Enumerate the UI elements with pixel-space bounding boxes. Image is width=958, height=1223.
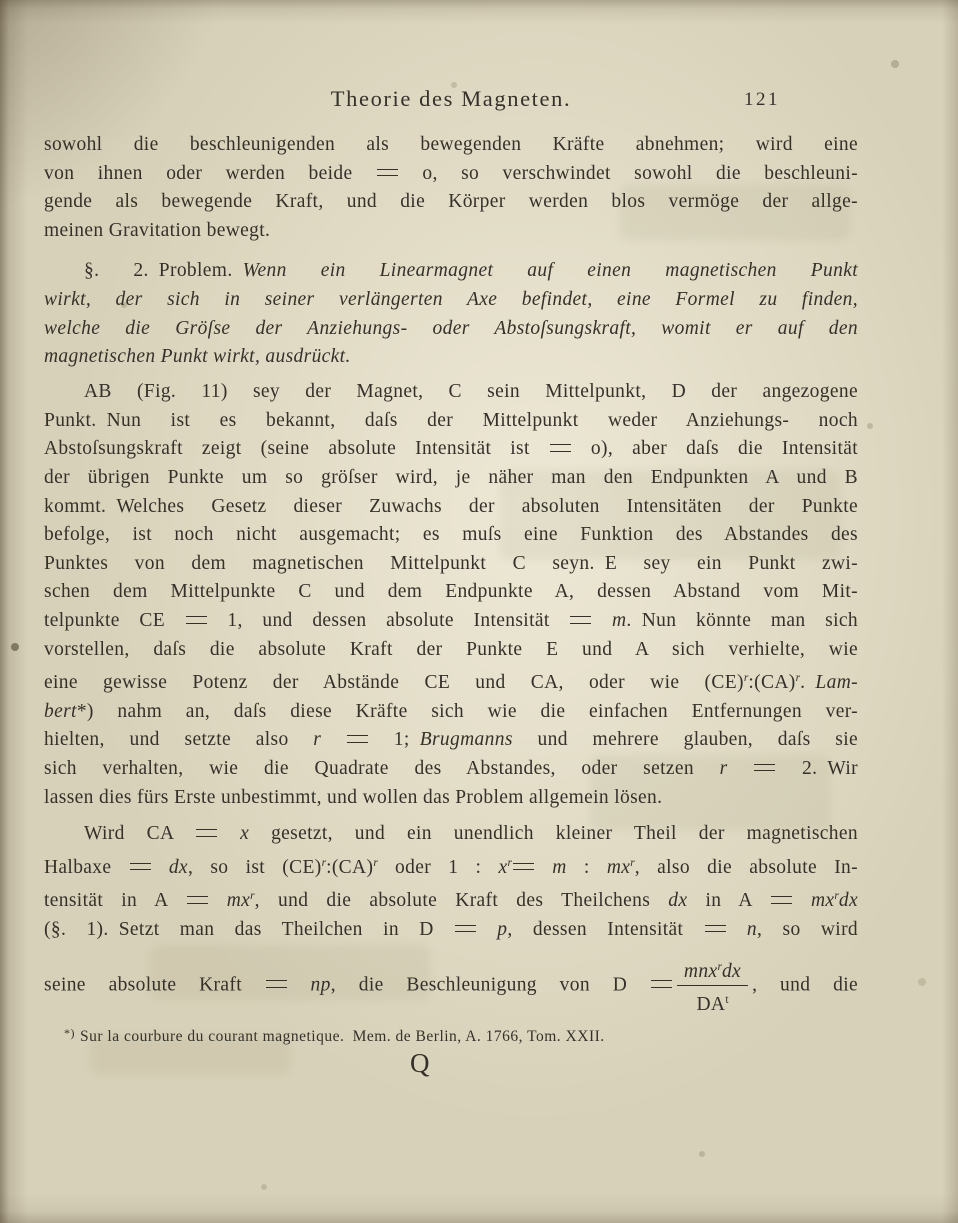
text-line: hielten, und setzte also r 1; Brugmanns … — [44, 726, 858, 755]
text-line: (§. 1). Setzt man das Theilchen in D p, … — [44, 916, 858, 945]
text-segment: seine absolute Kraft — [44, 974, 265, 995]
text-segment: lassen dies fürs Erste unbestimmt, und w… — [44, 787, 662, 808]
text-segment: Punktes von dem magnetischen Mittelpunkt… — [44, 553, 858, 574]
text-segment: eine gewisse Potenz der Abstände CE und … — [44, 672, 744, 693]
text-segment: Abstoſsungskraft zeigt (seine absolute I… — [44, 438, 549, 459]
equals-sign — [187, 896, 208, 904]
footnote-marker: *) — [64, 1026, 75, 1040]
running-header-title: Theorie des Magneten. — [44, 86, 858, 112]
text-segment: , also die absolute In- — [635, 857, 858, 878]
text-segment: meinen Gravitation bewegt. — [44, 220, 270, 241]
text-segment: r — [313, 729, 346, 750]
paragraph: AB (Fig. 11) sey der Magnet, C sein Mitt… — [44, 378, 858, 812]
text-segment: sich verhalten, wie die Quadrate des Abs… — [44, 758, 720, 779]
text-segment: in A — [687, 890, 769, 911]
text-segment: Halbaxe — [44, 857, 129, 878]
text-segment: :(CA) — [748, 672, 795, 693]
page-number: 121 — [744, 89, 780, 111]
text-line: Punktes von dem magnetischen Mittelpunkt… — [44, 550, 858, 579]
text-segment: o, so verschwindet sowohl die beschleuni… — [399, 163, 858, 184]
text-line: Punkt. Nun ist es bekannt, daſs der Mitt… — [44, 407, 858, 436]
text-segment: §. 2. Problem. — [84, 260, 243, 281]
equals-sign — [377, 169, 398, 177]
text-segment: m — [535, 857, 567, 878]
equals-sign — [347, 735, 368, 743]
text-line: sich verhalten, wie die Quadrate des Abs… — [44, 755, 858, 784]
text-segment: Lam- — [815, 672, 858, 693]
running-header: Theorie des Magneten. 121 — [44, 86, 858, 118]
text-line: kommt. Welches Gesetz dieser Zuwachs der… — [44, 493, 858, 522]
equals-sign — [266, 980, 287, 988]
footnote-text: Sur la courbure du courant magnetique. M… — [80, 1028, 605, 1045]
text-line: eine gewisse Potenz der Abstände CE und … — [44, 664, 858, 698]
text-segment: und mehrere glauben, daſs sie — [513, 729, 858, 750]
text-line: schen dem Mittelpunkte C und dem Endpunk… — [44, 578, 858, 607]
equals-sign — [130, 863, 151, 871]
text-segment: , die Beschleunigung von D — [331, 974, 650, 995]
text-segment: Brugmanns — [420, 729, 513, 750]
text-line: tensität in A mxr, und die absolute Kraf… — [44, 882, 858, 916]
text-line: meinen Gravitation bewegt. — [44, 217, 858, 246]
paragraph: sowohl die beschleunigenden als bewegend… — [44, 131, 858, 245]
equals-sign — [754, 764, 775, 772]
text-segment: dx — [152, 857, 188, 878]
text-segment: , und die absolute Kraft des Theilchens — [255, 890, 669, 911]
text-segment: gende als bewegende Kraft, und die Körpe… — [44, 191, 858, 212]
text-segment: 2. Wir — [776, 758, 858, 779]
text-segment: . Nun könnte man sich — [626, 610, 858, 631]
paragraph: Wird CA x gesetzt, und ein unendlich kle… — [44, 820, 858, 1016]
fraction-denominator: DAt — [696, 986, 728, 1017]
text-line: sowohl die beschleunigenden als bewegend… — [44, 131, 858, 160]
fraction: mnxrdxDAt — [677, 955, 748, 1017]
text-segment: vorstellen, daſs die absolute Kraft der … — [44, 639, 858, 660]
text-segment: t — [725, 994, 728, 1006]
text-segment: :(CA) — [326, 857, 373, 878]
book-page-scan: Theorie des Magneten. 121 sowohl die bes… — [0, 0, 958, 1223]
text-segment: x — [499, 857, 508, 878]
text-segment: , so ist (CE) — [188, 857, 322, 878]
text-segment: m — [592, 610, 626, 631]
text-segment: np — [288, 974, 331, 995]
text-segment: DA — [696, 994, 725, 1015]
text-segment: schen dem Mittelpunkte C und dem Endpunk… — [44, 581, 858, 602]
text-segment: r — [508, 857, 512, 869]
text-segment: p — [477, 919, 507, 940]
text-segment: befolge, ist noch nicht ausgemacht; es m… — [44, 524, 858, 545]
text-line: Halbaxe dx, so ist (CE)r:(CA)r oder 1 : … — [44, 849, 858, 883]
equals-sign — [651, 980, 672, 988]
text-segment: magnetischen Punkt wirkt, ausdrückt. — [44, 346, 351, 367]
signature-mark: Q — [410, 1048, 431, 1079]
text-segment: Wird CA — [84, 823, 195, 844]
text-line: gende als bewegende Kraft, und die Körpe… — [44, 188, 858, 217]
text-segment: der übrigen Punkte um so gröſser wird, j… — [44, 467, 858, 488]
text-line: befolge, ist noch nicht ausgemacht; es m… — [44, 521, 858, 550]
equals-sign — [570, 616, 591, 624]
text-segment: Wenn ein Linearmagnet auf einen magnetis… — [243, 260, 858, 281]
text-segment: AB (Fig. 11) sey der Magnet, C sein Mitt… — [84, 381, 858, 402]
text-segment: . — [800, 672, 815, 693]
footnote: *)Sur la courbure du courant magnetique.… — [64, 1026, 605, 1046]
body-text: sowohl die beschleunigenden als bewegend… — [44, 131, 858, 1017]
equals-sign — [186, 616, 207, 624]
text-segment: o), aber daſs die Intensität — [572, 438, 858, 459]
text-segment: mnx — [684, 961, 718, 982]
text-line: lassen dies fürs Erste unbestimmt, und w… — [44, 784, 858, 813]
text-segment: (§. 1). Setzt man das Theilchen in D — [44, 919, 454, 940]
text-segment: hielten, und setzte also — [44, 729, 313, 750]
paper-specks — [0, 0, 4, 4]
fraction-numerator: mnxrdx — [677, 955, 748, 986]
equals-sign — [455, 925, 476, 933]
text-segment: mx — [607, 857, 630, 878]
text-segment: , dessen Intensität — [507, 919, 703, 940]
text-segment: x — [218, 823, 249, 844]
text-segment: oder 1 : — [378, 857, 499, 878]
text-segment: bert — [44, 701, 77, 722]
equals-sign — [705, 925, 726, 933]
text-line: von ihnen oder werden beide o, so versch… — [44, 160, 858, 189]
text-segment: telpunkte CE — [44, 610, 185, 631]
equals-sign — [196, 829, 217, 837]
equals-sign — [513, 863, 534, 871]
text-segment: kommt. Welches Gesetz dieser Zuwachs der… — [44, 496, 858, 517]
text-segment: 1; — [369, 729, 420, 750]
text-segment: *) nahm an, daſs diese Kräfte sich wie d… — [77, 701, 858, 722]
text-segment: 1, und dessen absolute Intensität — [208, 610, 570, 631]
text-line: bert*) nahm an, daſs diese Kräfte sich w… — [44, 698, 858, 727]
text-line: wirkt, der sich in seiner verlängerten A… — [44, 286, 858, 315]
text-segment: gesetzt, und ein unendlich kleiner Theil… — [249, 823, 858, 844]
equals-sign — [771, 896, 792, 904]
text-segment: wirkt, der sich in seiner verlängerten A… — [44, 289, 858, 310]
text-line: AB (Fig. 11) sey der Magnet, C sein Mitt… — [44, 378, 858, 407]
text-line: telpunkte CE 1, und dessen absolute Inte… — [44, 607, 858, 636]
text-line: der übrigen Punkte um so gröſser wird, j… — [44, 464, 858, 493]
text-segment: r — [720, 758, 754, 779]
text-segment: dx — [839, 890, 858, 911]
text-segment: mx — [209, 890, 251, 911]
text-segment: tensität in A — [44, 890, 186, 911]
paragraph: §. 2. Problem. Wenn ein Linearmagnet auf… — [44, 257, 858, 371]
text-segment: welche die Gröſse der Anziehungs- oder A… — [44, 318, 858, 339]
equals-sign — [550, 444, 571, 452]
text-segment: mx — [793, 890, 835, 911]
text-segment: : — [567, 857, 607, 878]
text-segment: dx — [668, 890, 687, 911]
text-line: vorstellen, daſs die absolute Kraft der … — [44, 636, 858, 665]
text-line: magnetischen Punkt wirkt, ausdrückt. — [44, 343, 858, 372]
text-segment: sowohl die beschleunigenden als bewegend… — [44, 134, 858, 155]
text-segment: dx — [722, 961, 741, 982]
text-line: welche die Gröſse der Anziehungs- oder A… — [44, 315, 858, 344]
text-segment: n — [727, 919, 757, 940]
text-segment: , und die — [752, 974, 858, 995]
text-line: §. 2. Problem. Wenn ein Linearmagnet auf… — [44, 257, 858, 286]
text-segment: von ihnen oder werden beide — [44, 163, 376, 184]
text-line: seine absolute Kraft np, die Beschleunig… — [44, 955, 858, 1017]
text-line: Wird CA x gesetzt, und ein unendlich kle… — [44, 820, 858, 849]
text-segment: , so wird — [757, 919, 858, 940]
text-line: Abstoſsungskraft zeigt (seine absolute I… — [44, 435, 858, 464]
text-segment: Punkt. Nun ist es bekannt, daſs der Mitt… — [44, 410, 858, 431]
